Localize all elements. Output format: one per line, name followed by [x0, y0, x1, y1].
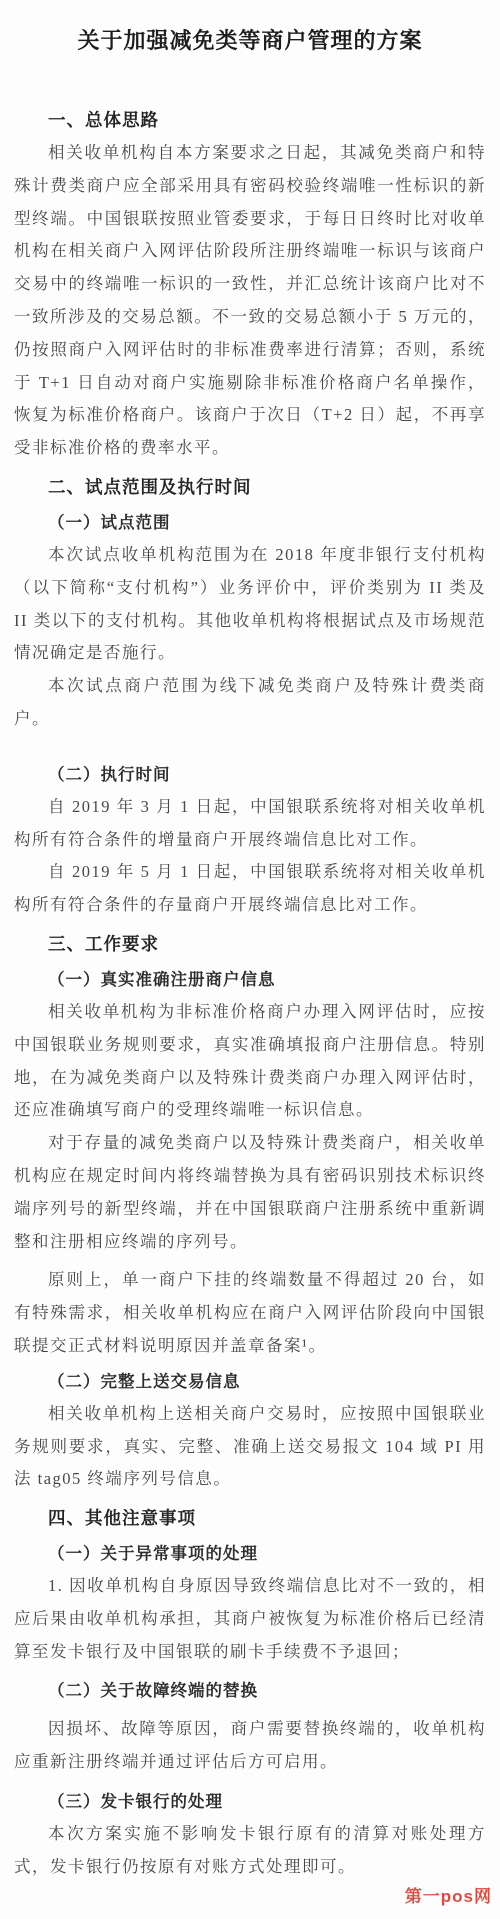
paragraph-stock-merchants: 对于存量的减免类商户以及特殊计费类商户，相关收单机构应在规定时间内将终端替换为具… — [14, 1127, 486, 1258]
document-title: 关于加强减免类等商户管理的方案 — [14, 26, 486, 56]
paragraph-may-date: 自 2019 年 5 月 1 日起，中国银联系统将对相关收单机构所有符合条件的存… — [14, 856, 486, 922]
paragraph-exceptions: 1. 因收单机构自身原因导致终端信息比对不一致的，相应后果由收单机构承担，其商户… — [14, 1570, 486, 1668]
subsection-heading-faulty-terminal: （二）关于故障终端的替换 — [14, 1674, 486, 1707]
paragraph-terminal-limit: 原则上，单一商户下挂的终端数量不得超过 20 台，如有特殊需求，相关收单机构应在… — [14, 1264, 486, 1362]
paragraph-march-date: 自 2019 年 3 月 1 日起，中国银联系统将对相关收单机构所有符合条件的增… — [14, 791, 486, 857]
paragraph-transaction-info: 相关收单机构上送相关商户交易时，应按照中国银联业务规则要求，真实、完整、准确上送… — [14, 1398, 486, 1496]
paragraph-register-info: 相关收单机构为非标准价格商户办理入网评估时，应按中国银联业务规则要求，真实准确填… — [14, 996, 486, 1127]
section-heading-4: 四、其他注意事项 — [14, 1502, 486, 1535]
section-heading-2: 二、试点范围及执行时间 — [14, 471, 486, 504]
section-heading-1: 一、总体思路 — [14, 104, 486, 137]
subsection-heading-pilot-scope: （一）试点范围 — [14, 506, 486, 539]
document-page: 关于加强减免类等商户管理的方案 一、总体思路 相关收单机构自本方案要求之日起，其… — [0, 0, 500, 1919]
section-heading-3: 三、工作要求 — [14, 928, 486, 961]
paragraph-issuer-handling: 本次方案实施不影响发卡银行原有的清算对账处理方式，发卡银行仍按原有对账方式处理即… — [14, 1818, 486, 1884]
subsection-heading-execution-time: （二）执行时间 — [14, 758, 486, 791]
subsection-heading-exceptions: （一）关于异常事项的处理 — [14, 1537, 486, 1570]
subsection-heading-issuer-handling: （三）发卡银行的处理 — [14, 1785, 486, 1818]
paragraph-faulty-terminal: 因损坏、故障等原因，商户需要替换终端的，收单机构应重新注册终端并通过评估后方可启… — [14, 1713, 486, 1779]
paragraph-pilot-merchants: 本次试点商户范围为线下减免类商户及特殊计费类商户。 — [14, 670, 486, 736]
subsection-heading-transaction-info: （二）完整上送交易信息 — [14, 1365, 486, 1398]
site-watermark: 第一pos网 — [405, 1882, 492, 1907]
paragraph-overall-approach: 相关收单机构自本方案要求之日起，其减免类商户和特殊计费类商户应全部采用具有密码校… — [14, 137, 486, 465]
paragraph-pilot-acquirers: 本次试点收单机构范围为在 2018 年度非银行支付机构（以下简称“支付机构”）业… — [14, 539, 486, 670]
subsection-heading-register-info: （一）真实准确注册商户信息 — [14, 963, 486, 996]
